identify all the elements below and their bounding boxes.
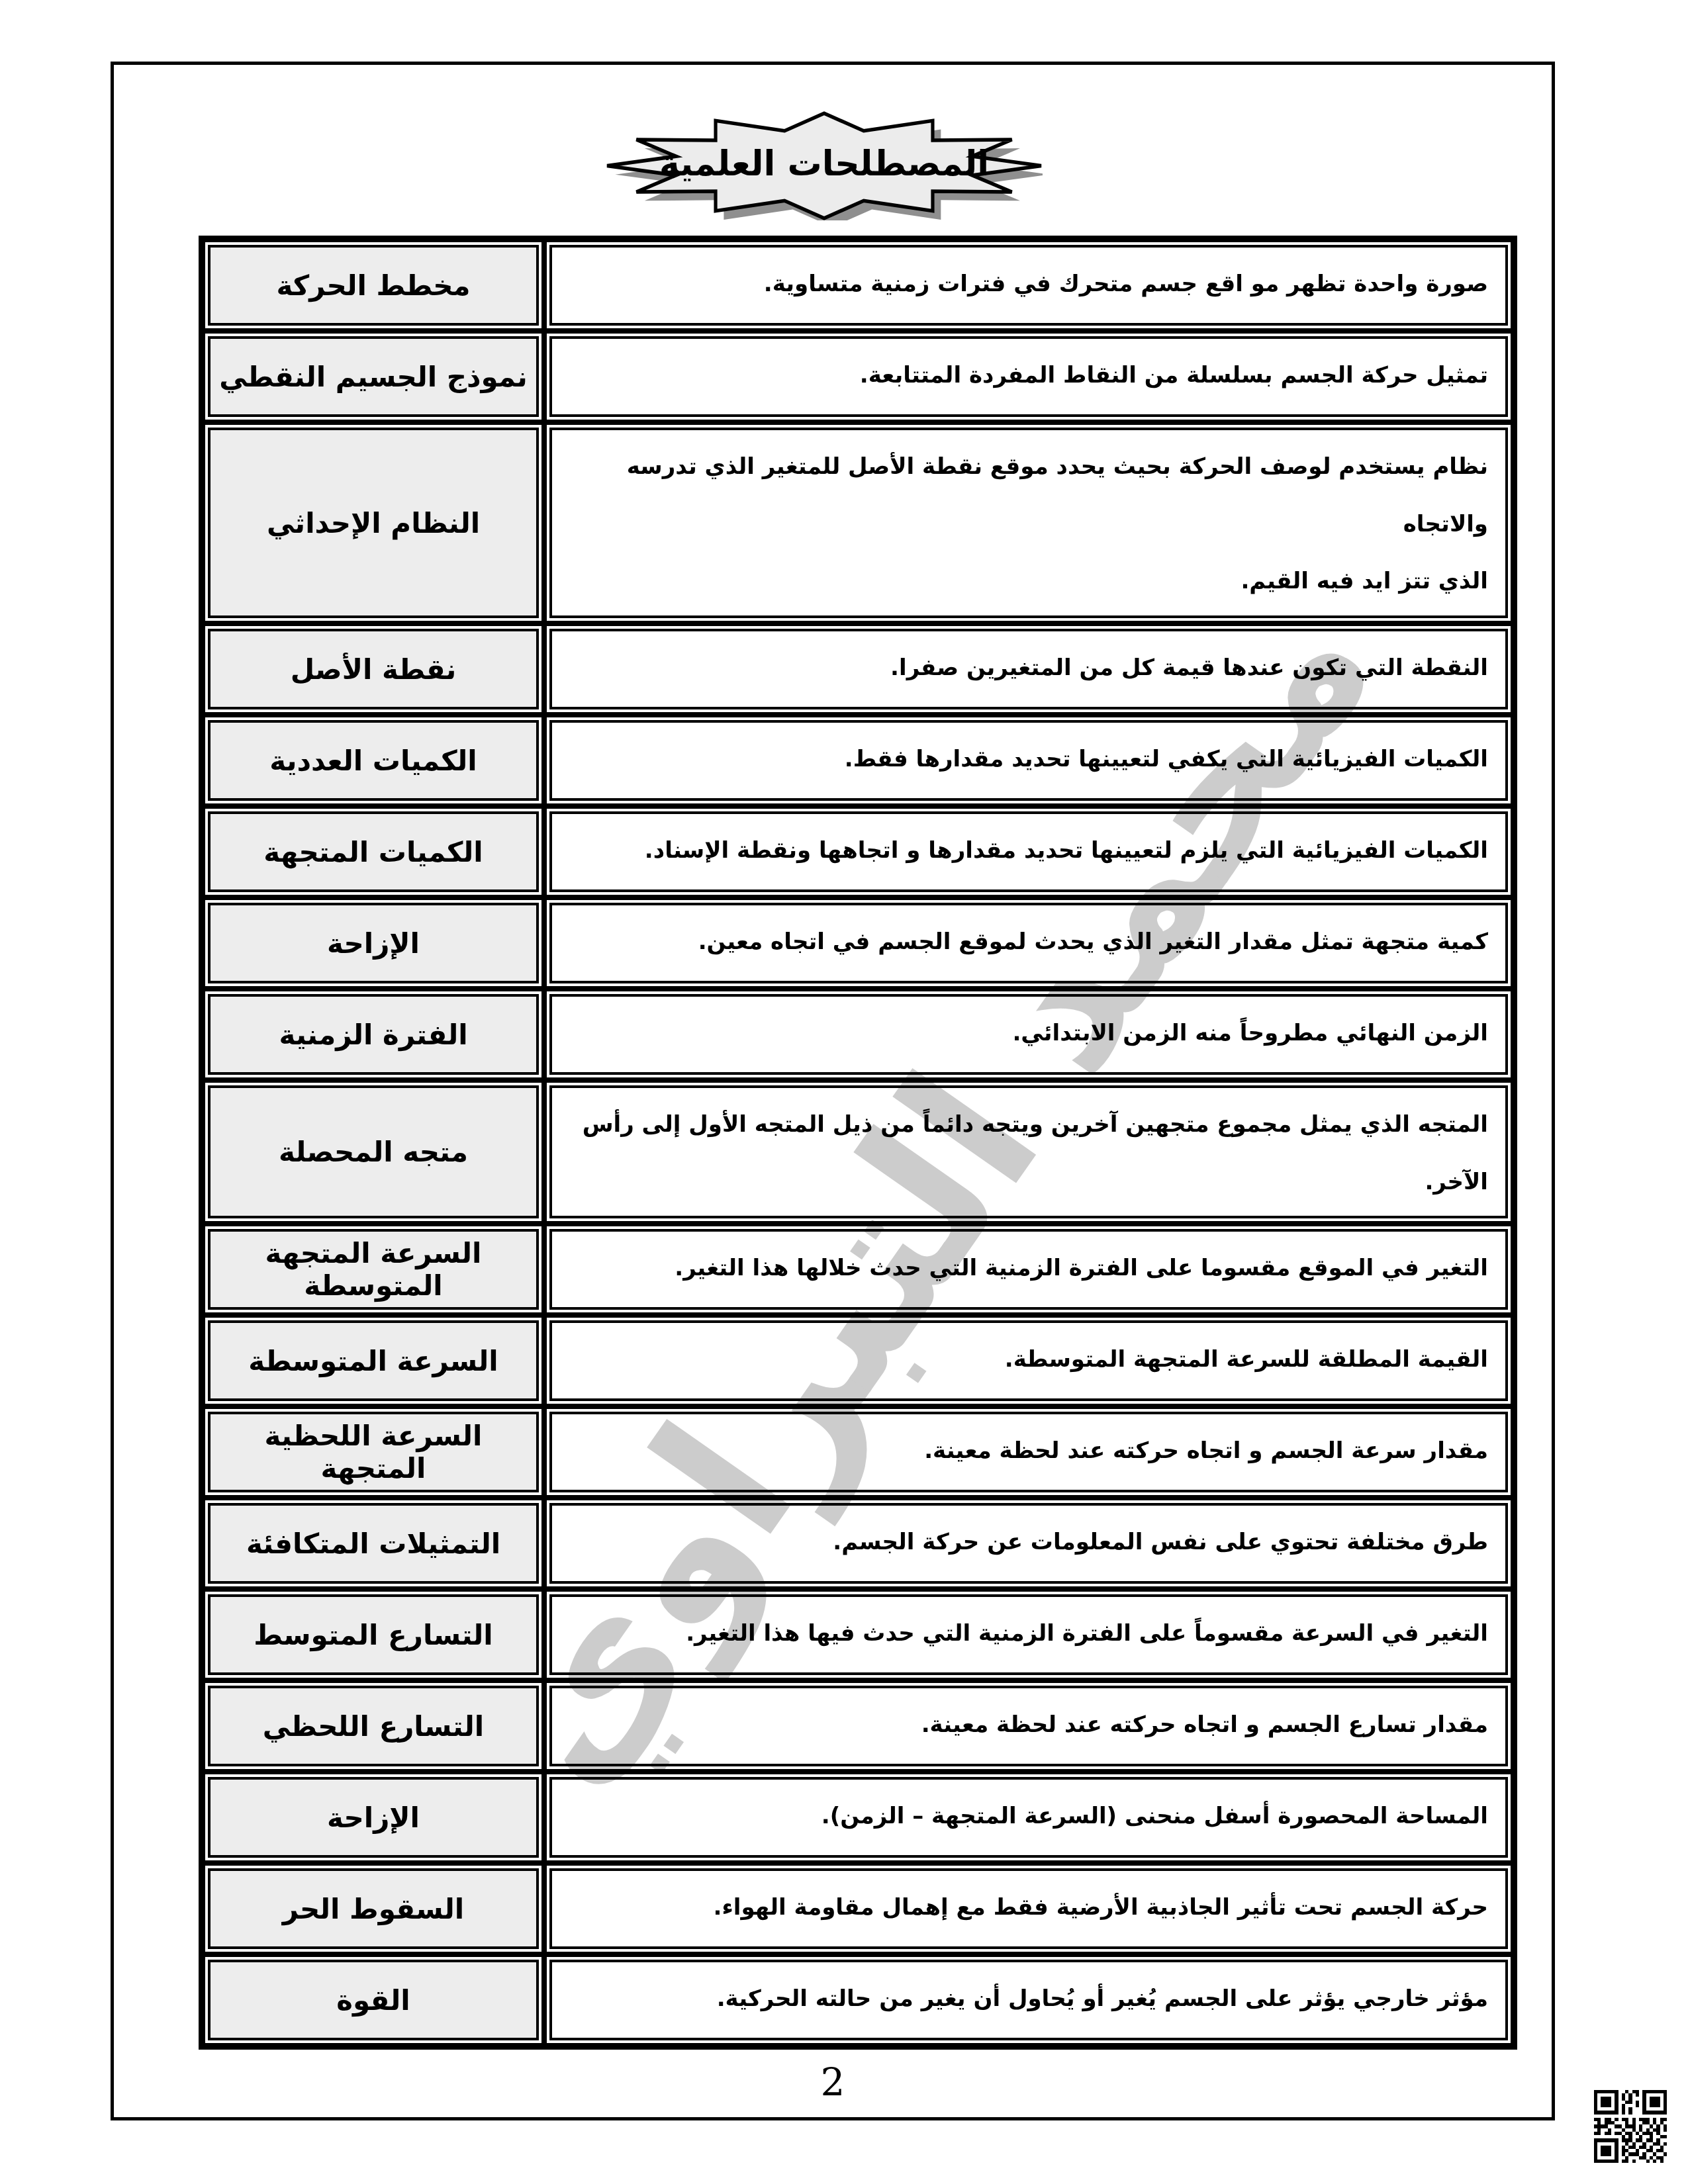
term-label: النظام الإحداثي [267, 507, 480, 539]
page-title: المصطلحات العلمية [606, 111, 1043, 220]
terms-table: مخطط الحركةصورة واحدة تظهر مو اقع جسم مت… [199, 236, 1517, 2050]
qr-code [1594, 2090, 1667, 2163]
definition-text: كمية متجهة تمثل مقدار التغير الذي يحدث ل… [698, 929, 1488, 955]
term-cell: نقطة الأصل [208, 629, 539, 709]
definition-cell: التغير في الموقع مقسوما على الفترة الزمن… [549, 1229, 1508, 1310]
definition-cell: حركة الجسم تحت تأثير الجاذبية الأرضية فق… [549, 1868, 1508, 1949]
term-label: الفترة الزمنية [279, 1019, 467, 1051]
term-cell: النظام الإحداثي [208, 428, 539, 618]
definition-text: القيمة المطلقة للسرعة المتجهة المتوسطة. [1005, 1346, 1488, 1373]
definition-text: مؤثر خارجي يؤثر على الجسم يُغير أو يُحاو… [717, 1985, 1488, 2012]
term-cell: السرعة اللحظية المتجهة [208, 1412, 539, 1492]
title-starburst: المصطلحات العلمية [606, 111, 1043, 220]
term-cell: التمثيلات المتكافئة [208, 1503, 539, 1584]
term-label: مخطط الحركة [276, 269, 470, 302]
term-label: التسارع اللحظي [263, 1710, 484, 1743]
definition-text: صورة واحدة تظهر مو اقع جسم متحرك في فترا… [764, 271, 1488, 297]
definition-text: الزمن النهائي مطروحاً منه الزمن الابتدائ… [1012, 1020, 1488, 1046]
definition-cell: الزمن النهائي مطروحاً منه الزمن الابتدائ… [549, 994, 1508, 1075]
definition-text: المساحة المحصورة أسفل منحنى (السرعة المت… [821, 1803, 1488, 1829]
term-cell: السقوط الحر [208, 1868, 539, 1949]
term-cell: التسارع اللحظي [208, 1686, 539, 1766]
term-label: السرعة المتجهة المتوسطة [217, 1237, 530, 1302]
term-cell: الإزاحة [208, 903, 539, 983]
definition-cell: مقدار سرعة الجسم و اتجاه حركته عند لحظة … [549, 1412, 1508, 1492]
document-page: المصطلحات العلمية مخطط الحركةصورة واحدة … [0, 0, 1688, 2184]
definition-text: نظام يستخدم لوصف الحركة بحيث يحدد موقع ن… [627, 453, 1488, 594]
definition-cell: المساحة المحصورة أسفل منحنى (السرعة المت… [549, 1777, 1508, 1858]
term-cell: الكميات المتجهة [208, 811, 539, 892]
term-cell: الإزاحة [208, 1777, 539, 1858]
term-label: السقوط الحر [283, 1893, 464, 1925]
term-cell: متجه المحصلة [208, 1085, 539, 1218]
definition-text: التغير في السرعة مقسوماً على الفترة الزم… [686, 1620, 1488, 1647]
definition-text: النقطة التي تكون عندها قيمة كل من المتغي… [890, 655, 1488, 681]
definition-cell: كمية متجهة تمثل مقدار التغير الذي يحدث ل… [549, 903, 1508, 983]
term-cell: نموذج الجسيم النقطي [208, 336, 539, 417]
term-cell: مخطط الحركة [208, 245, 539, 326]
term-cell: الكميات العددية [208, 720, 539, 801]
term-label: الإزاحة [327, 1801, 420, 1834]
term-cell: القوة [208, 1960, 539, 2040]
definition-cell: النقطة التي تكون عندها قيمة كل من المتغي… [549, 629, 1508, 709]
definition-text: حركة الجسم تحت تأثير الجاذبية الأرضية فق… [714, 1894, 1488, 1921]
definition-cell: طرق مختلفة تحتوي على نفس المعلومات عن حر… [549, 1503, 1508, 1584]
definition-cell: المتجه الذي يمثل مجموع متجهين آخرين ويتج… [549, 1085, 1508, 1218]
term-label: التمثيلات المتكافئة [246, 1527, 500, 1560]
definition-cell: الكميات الفيزيائية التي يكفي لتعيينها تح… [549, 720, 1508, 801]
definition-text: المتجه الذي يمثل مجموع متجهين آخرين ويتج… [583, 1111, 1488, 1195]
term-label: الإزاحة [327, 927, 420, 960]
term-label: القوة [336, 1984, 410, 2017]
definition-text: طرق مختلفة تحتوي على نفس المعلومات عن حر… [833, 1529, 1488, 1555]
term-label: الكميات العددية [269, 745, 477, 777]
term-label: التسارع المتوسط [254, 1619, 492, 1651]
definition-cell: القيمة المطلقة للسرعة المتجهة المتوسطة. [549, 1320, 1508, 1401]
definition-cell: الكميات الفيزيائية التي يلزم لتعيينها تح… [549, 811, 1508, 892]
term-cell: السرعة المتجهة المتوسطة [208, 1229, 539, 1310]
term-cell: الفترة الزمنية [208, 994, 539, 1075]
page-number: 2 [111, 2060, 1555, 2105]
term-label: نموذج الجسيم النقطي [219, 361, 528, 393]
term-label: السرعة المتوسطة [248, 1345, 498, 1377]
term-cell: التسارع المتوسط [208, 1594, 539, 1675]
definition-cell: صورة واحدة تظهر مو اقع جسم متحرك في فترا… [549, 245, 1508, 326]
definition-text: التغير في الموقع مقسوما على الفترة الزمن… [675, 1255, 1488, 1281]
definition-text: الكميات الفيزيائية التي يلزم لتعيينها تح… [645, 837, 1488, 864]
definition-cell: تمثيل حركة الجسم بسلسلة من النقاط المفرد… [549, 336, 1508, 417]
term-label: متجه المحصلة [279, 1136, 468, 1168]
term-label: الكميات المتجهة [263, 836, 483, 868]
definition-text: الكميات الفيزيائية التي يكفي لتعيينها تح… [845, 746, 1488, 772]
definition-text: مقدار تسارع الجسم و اتجاه حركته عند لحظة… [921, 1711, 1488, 1738]
term-label: نقطة الأصل [291, 653, 457, 686]
definition-text: مقدار سرعة الجسم و اتجاه حركته عند لحظة … [924, 1437, 1488, 1464]
definition-cell: مؤثر خارجي يؤثر على الجسم يُغير أو يُحاو… [549, 1960, 1508, 2040]
term-label: السرعة اللحظية المتجهة [217, 1420, 530, 1484]
definition-cell: التغير في السرعة مقسوماً على الفترة الزم… [549, 1594, 1508, 1675]
definition-cell: نظام يستخدم لوصف الحركة بحيث يحدد موقع ن… [549, 428, 1508, 618]
definition-text: تمثيل حركة الجسم بسلسلة من النقاط المفرد… [860, 362, 1488, 388]
definition-cell: مقدار تسارع الجسم و اتجاه حركته عند لحظة… [549, 1686, 1508, 1766]
term-cell: السرعة المتوسطة [208, 1320, 539, 1401]
